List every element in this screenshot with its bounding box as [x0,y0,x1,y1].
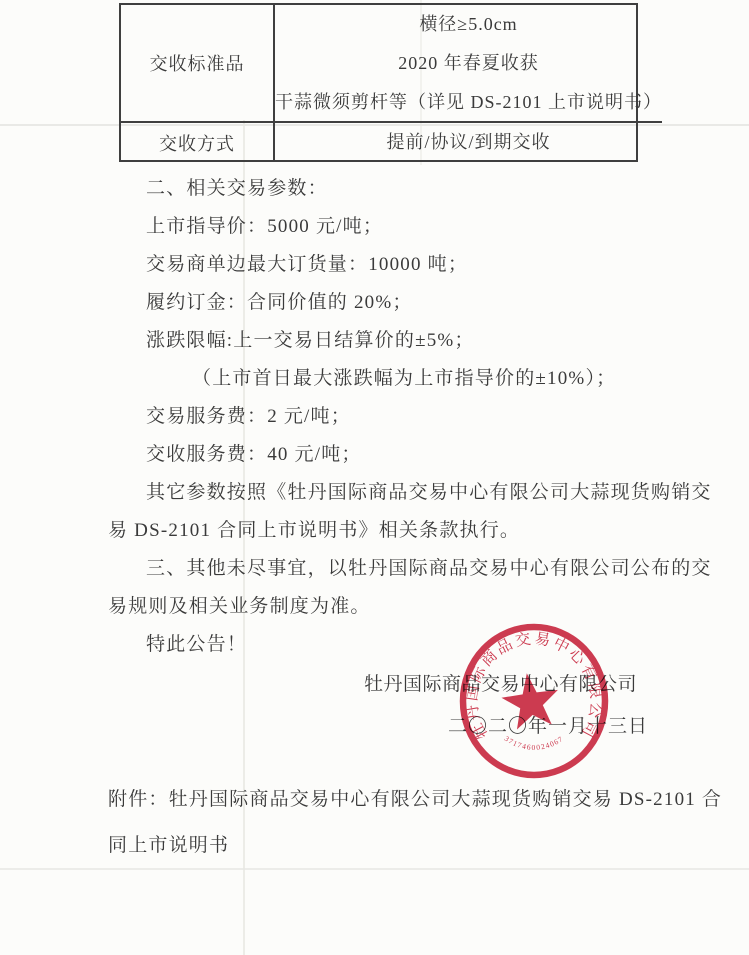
body-line: 履约订金：合同价值的 20%； [0,284,749,322]
table-row-label: 交收方式 [121,123,275,162]
table-row-label: 交收标准品 [121,5,275,123]
body-line: 交易服务费：2 元/吨； [0,398,749,436]
attachment-note-line: 附件：牡丹国际商品交易中心有限公司大蒜现货购销交易 DS-2101 合 [108,787,722,813]
document-page: 交收标准品 横径≥5.0cm 2020 年春夏收获 干蒜微须剪杆等（详见 DS-… [0,0,749,955]
delivery-spec-table: 交收标准品 横径≥5.0cm 2020 年春夏收获 干蒜微须剪杆等（详见 DS-… [119,3,638,162]
seal-code: 3717460024067 [503,734,565,752]
body-line: 易 DS-2101 合同上市说明书》相关条款执行。 [0,512,749,550]
body-line: 二、相关交易参数： [0,170,749,208]
body-text: 二、相关交易参数：上市指导价：5000 元/吨；交易商单边最大订货量：10000… [0,170,749,664]
body-line: 特此公告！ [0,626,749,664]
official-seal-stamp: 牡丹国际商品交易中心有限公司 3717460024067 [448,612,620,790]
table-content-line: 横径≥5.0cm [419,5,517,44]
body-line: 易规则及相关业务制度为准。 [0,588,749,626]
table-content-line: 提前/协议/到期交收 [387,123,551,162]
attachment-note-line: 同上市说明书 [108,833,229,859]
body-line: 上市指导价：5000 元/吨； [0,208,749,246]
scan-artifact-line [0,868,749,870]
seal-star-icon [499,669,563,731]
table-content-line: 2020 年春夏收获 [398,44,539,83]
body-line: 三、其他未尽事宜，以牡丹国际商品交易中心有限公司公布的交 [0,550,749,588]
body-line: 涨跌限幅:上一交易日结算价的±5%； [0,322,749,360]
table-content-line: 干蒜微须剪杆等（详见 DS-2101 上市说明书） [275,83,662,122]
body-line: （上市首日最大涨跌幅为上市指导价的±10%）； [0,360,749,398]
body-line: 交易商单边最大订货量：10000 吨； [0,246,749,284]
table-row-content: 提前/协议/到期交收 [275,123,662,162]
body-line: 交收服务费：40 元/吨； [0,436,749,474]
body-line: 其它参数按照《牡丹国际商品交易中心有限公司大蒜现货购销交 [0,474,749,512]
table-row-content: 横径≥5.0cm 2020 年春夏收获 干蒜微须剪杆等（详见 DS-2101 上… [275,5,662,123]
